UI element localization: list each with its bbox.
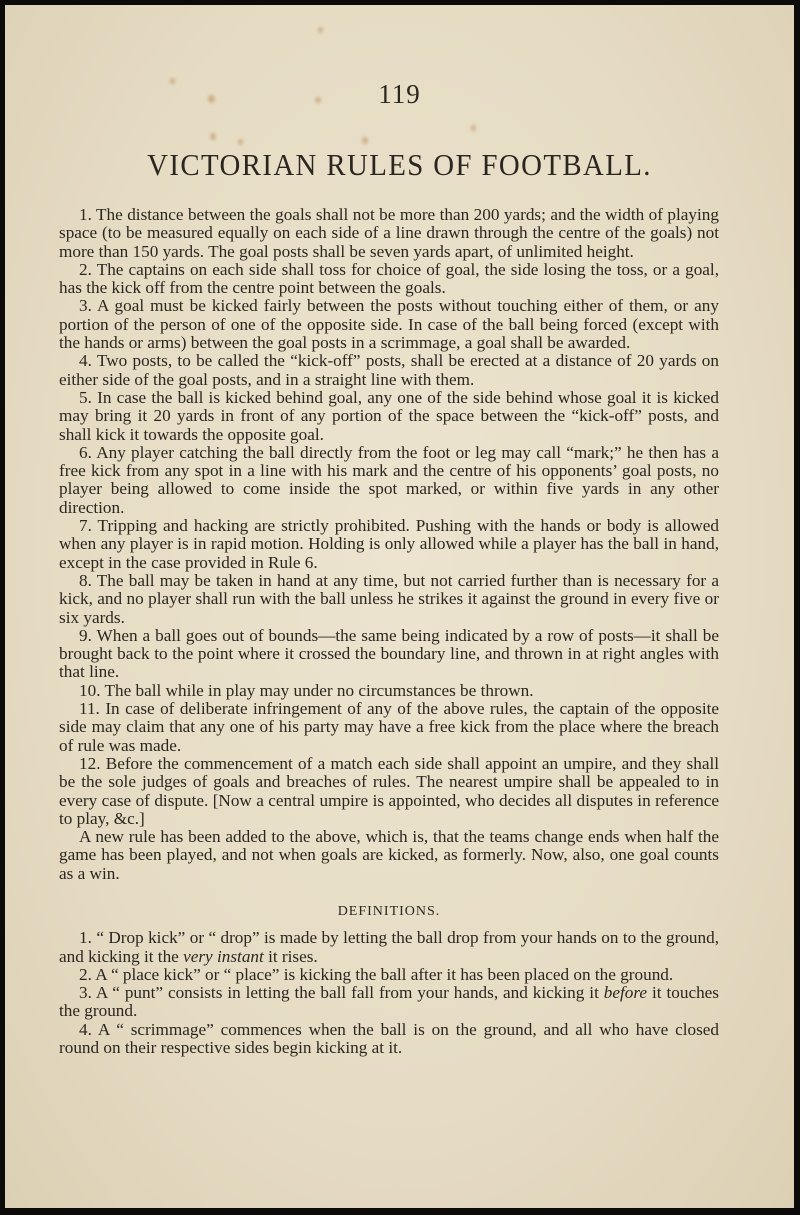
definition-item: 4. A “ scrimmage” commences when the bal… bbox=[59, 1021, 719, 1058]
rule-paragraph: 8. The ball may be taken in hand at any … bbox=[59, 572, 719, 627]
rule-paragraph: 2. The captains on each side shall toss … bbox=[59, 261, 719, 298]
definition-item: 1. “ Drop kick” or “ drop” is made by le… bbox=[59, 929, 719, 966]
page-title: VICTORIAN RULES OF FOOTBALL. bbox=[33, 147, 767, 183]
rule-paragraph: 7. Tripping and hacking are strictly pro… bbox=[59, 517, 719, 572]
rule-paragraph: 10. The ball while in play may under no … bbox=[59, 682, 719, 700]
rules-text: 1. The distance between the goals shall … bbox=[59, 206, 719, 1057]
definitions-list: 1. “ Drop kick” or “ drop” is made by le… bbox=[59, 929, 719, 1057]
rule-paragraph: 4. Two posts, to be called the “kick-off… bbox=[59, 352, 719, 389]
addendum-paragraph: A new rule has been added to the above, … bbox=[59, 828, 719, 883]
definitions-heading: DEFINITIONS. bbox=[59, 903, 719, 921]
book-page: 119 VICTORIAN RULES OF FOOTBALL. 1. The … bbox=[5, 5, 794, 1208]
rule-paragraph: 6. Any player catching the ball directly… bbox=[59, 444, 719, 517]
foxing-stain bbox=[471, 125, 476, 131]
rule-paragraph: 12. Before the commencement of a match e… bbox=[59, 755, 719, 828]
foxing-stain bbox=[318, 27, 323, 33]
definition-item: 2. A “ place kick” or “ place” is kickin… bbox=[59, 966, 719, 984]
foxing-stain bbox=[238, 139, 243, 145]
rule-paragraph: 9. When a ball goes out of bounds—the sa… bbox=[59, 627, 719, 682]
rule-paragraph: 3. A goal must be kicked fairly between … bbox=[59, 297, 719, 352]
rule-paragraph: 1. The distance between the goals shall … bbox=[59, 206, 719, 261]
rule-paragraph: 11. In case of deliberate infringement o… bbox=[59, 700, 719, 755]
page-number: 119 bbox=[5, 79, 794, 110]
foxing-stain bbox=[210, 133, 216, 140]
rule-paragraph: 5. In case the ball is kicked behind goa… bbox=[59, 389, 719, 444]
foxing-stain bbox=[362, 137, 368, 144]
definition-item: 3. A “ punt” consists in letting the bal… bbox=[59, 984, 719, 1021]
